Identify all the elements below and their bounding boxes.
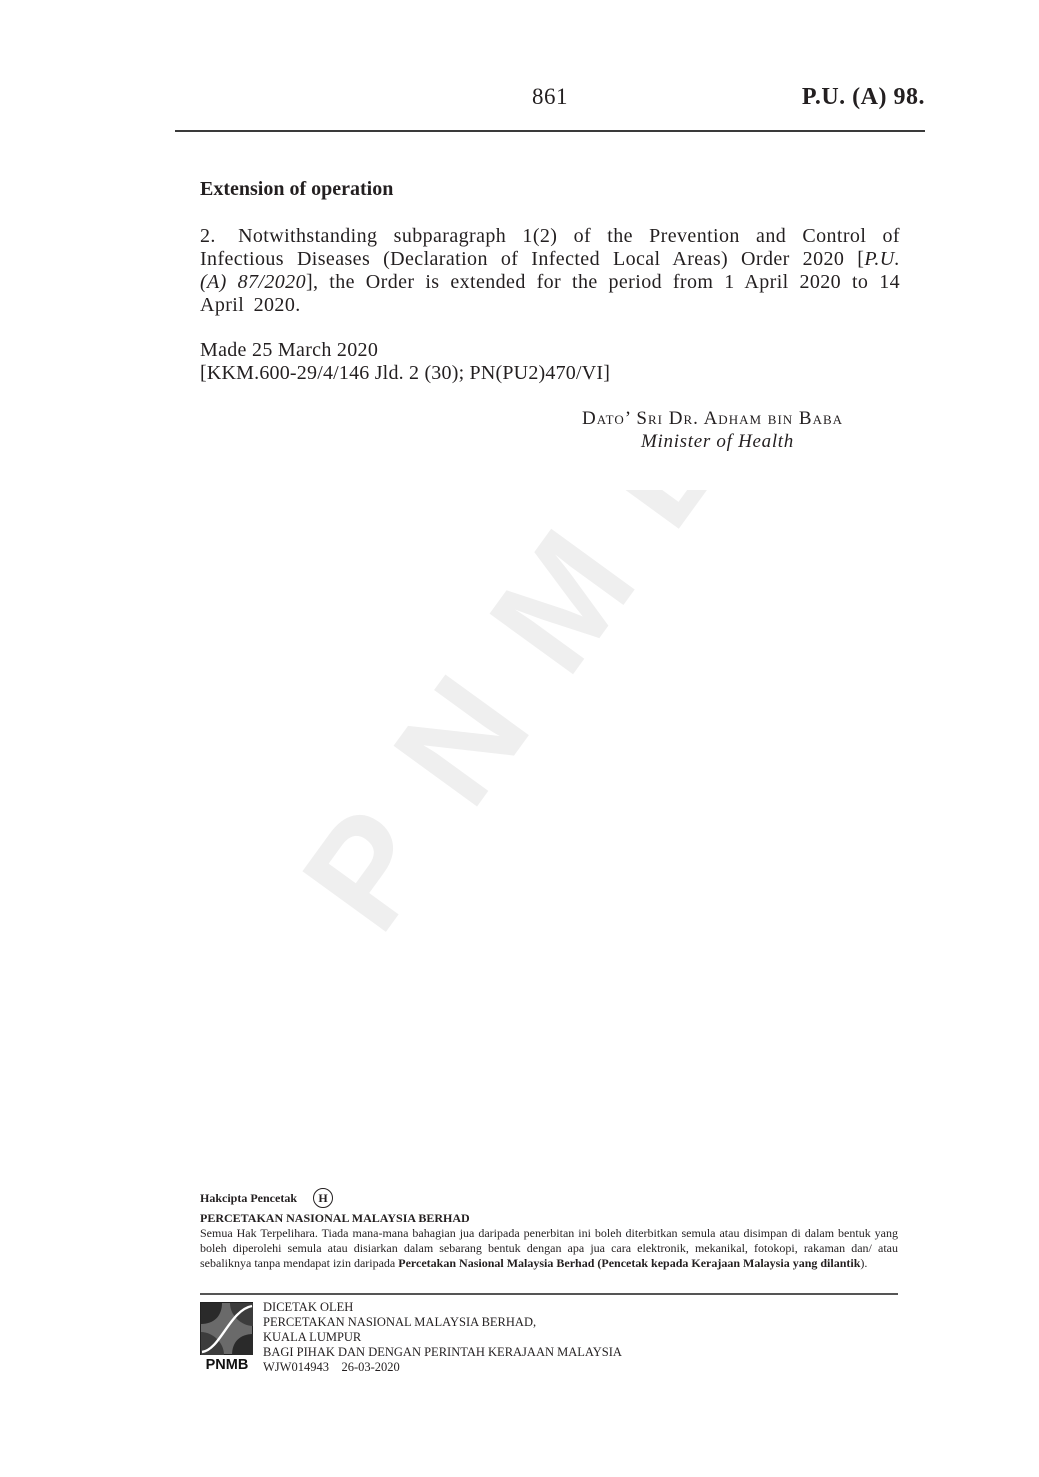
footer-rule	[200, 1293, 898, 1295]
rights-text-end: ).	[860, 1256, 867, 1270]
print-code-line: WJW014943 26-03-2020	[263, 1360, 622, 1375]
paragraph-text-start: Notwithstanding subparagraph 1(2) of the…	[200, 225, 900, 270]
signatory-title: Minister of Health	[641, 431, 794, 453]
printer-line: PERCETAKAN NASIONAL MALAYSIA BERHAD,	[263, 1315, 622, 1330]
copyright-h-badge: H	[313, 1188, 333, 1208]
printer-line: DICETAK OLEH	[263, 1300, 622, 1315]
rights-notice: Semua Hak Terpelihara. Tiada mana-mana b…	[200, 1226, 898, 1271]
svg-text:PNMB: PNMB	[206, 1357, 249, 1372]
pnmb-logo: PNMB	[200, 1302, 254, 1372]
copyright-label: Hakcipta Pencetak	[200, 1191, 297, 1206]
print-code: WJW014943	[263, 1360, 329, 1374]
made-date: Made 25 March 2020	[200, 339, 378, 362]
printer-line: BAGI PIHAK DAN DENGAN PERINTAH KERAJAAN …	[263, 1345, 622, 1360]
paragraph-text-end: ], the Order is extended for the period …	[200, 271, 900, 316]
paragraph-2: 2. Notwithstanding subparagraph 1(2) of …	[200, 225, 900, 317]
printer-line: KUALA LUMPUR	[263, 1330, 622, 1345]
header-rule	[175, 130, 925, 132]
file-reference: [KKM.600-29/4/146 Jld. 2 (30); PN(PU2)47…	[200, 362, 610, 385]
svg-text:PNMB: PNMB	[270, 490, 795, 959]
pnmb-watermark: PNMB	[175, 490, 875, 970]
section-heading: Extension of operation	[200, 178, 393, 201]
page-number: 861	[520, 84, 580, 110]
gazette-reference: P.U. (A) 98.	[802, 84, 925, 111]
print-date: 26-03-2020	[341, 1360, 399, 1374]
printer-block: DICETAK OLEH PERCETAKAN NASIONAL MALAYSI…	[263, 1300, 622, 1375]
signatory-name: Dato’ Sri Dr. Adham bin Baba	[582, 408, 843, 430]
paragraph-number: 2.	[200, 225, 216, 247]
rights-publisher-bold: Percetakan Nasional Malaysia Berhad (Pen…	[398, 1256, 860, 1270]
publisher-name: PERCETAKAN NASIONAL MALAYSIA BERHAD	[200, 1211, 470, 1226]
